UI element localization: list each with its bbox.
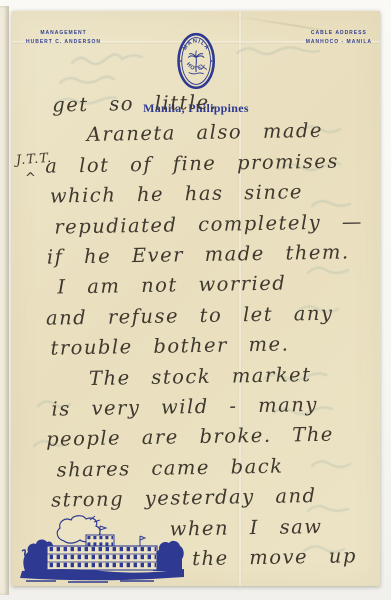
- handwriting-line: when I saw: [169, 511, 381, 545]
- cable-address-block: CABLE ADDRESS MANHOCO - MANILA: [306, 29, 372, 47]
- manila-hotel-logo-icon: MANILA HOTEL: [176, 31, 216, 93]
- cable-address-value: MANHOCO - MANILA: [306, 38, 372, 47]
- handwriting-line: The stock market: [89, 359, 379, 394]
- adjacent-page-edge: [0, 6, 9, 595]
- cable-address-label: CABLE ADDRESS: [306, 29, 372, 38]
- management-label: MANAGEMENT: [26, 29, 101, 38]
- management-block: MANAGEMENT HUBERT C. ANDERSON: [26, 29, 101, 47]
- handwriting-line: and refuse to let any: [46, 298, 378, 334]
- handwritten-body: get so little. Araneta also made a lot o…: [26, 85, 382, 577]
- handwriting-line: a lot of fine promises: [45, 146, 375, 182]
- handwriting-line: the move up: [192, 541, 383, 575]
- letter-paper: MANAGEMENT HUBERT C. ANDERSON CABLE ADDR…: [12, 11, 380, 586]
- management-name: HUBERT C. ANDERSON: [26, 38, 101, 47]
- handwriting-line: if he Ever made them.: [47, 237, 377, 273]
- handwriting-line: people are broke. The: [46, 419, 380, 455]
- handwriting-line: Araneta also made: [87, 115, 375, 150]
